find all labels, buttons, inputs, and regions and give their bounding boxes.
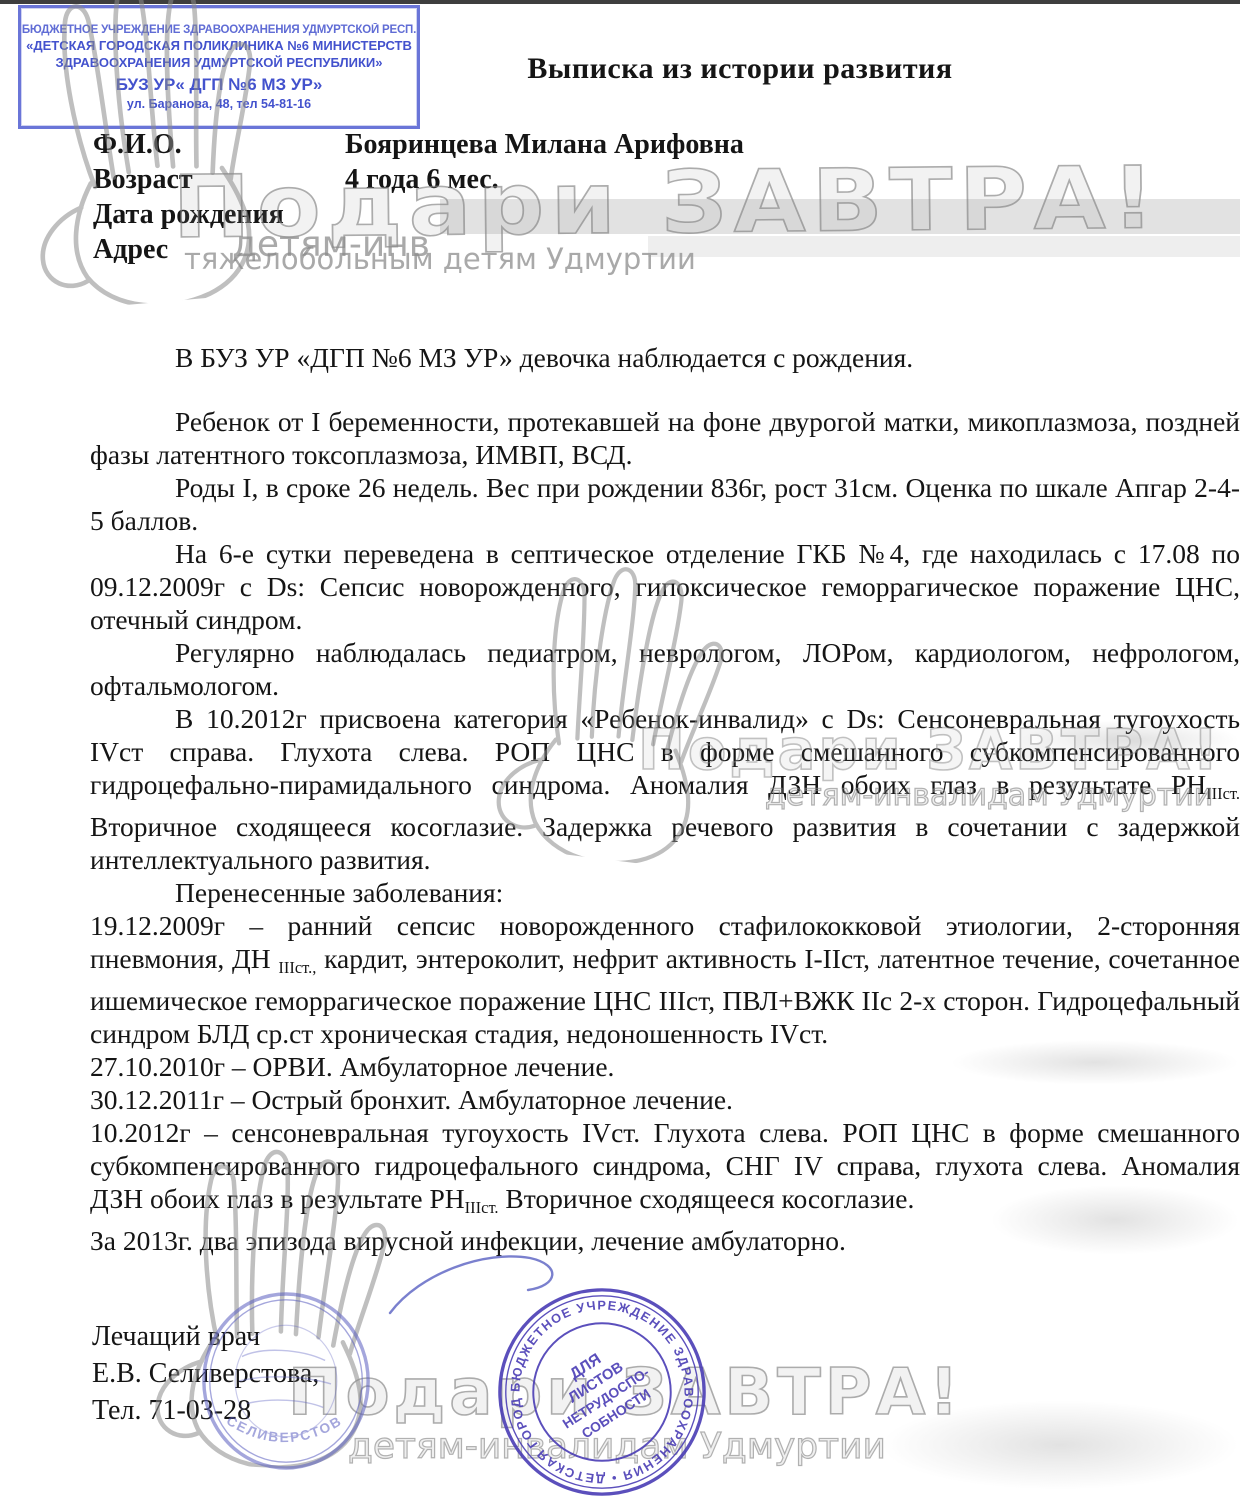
scanned-document-page: БЮДЖЕТНОЕ УЧРЕЖДЕНИЕ ЗДРАВООХРАНЕНИЯ УДМ… xyxy=(0,0,1240,1500)
doctor-round-stamp: СЕЛИВЕРСТОВА xyxy=(198,1288,374,1474)
handprint-icon xyxy=(478,546,763,874)
paragraph: Перенесенные заболевания: xyxy=(90,876,1240,909)
paragraph: 30.12.2011г – Острый бронхит. Амбулаторн… xyxy=(90,1083,1240,1116)
paragraph: Роды I, в сроке 26 недель. Вес при рожде… xyxy=(90,471,1240,537)
signature-squiggle-icon xyxy=(380,1238,590,1328)
paragraph: 19.12.2009г – ранний сепсис новорожденно… xyxy=(90,909,1240,1050)
page-title: Выписка из истории развития xyxy=(420,52,1060,86)
paragraph: 27.10.2010г – ОРВИ. Амбулаторное лечение… xyxy=(90,1050,1240,1083)
paragraph: Ребенок от I беременности, протекавшей н… xyxy=(90,405,1240,471)
charity-watermark-subtext: детям-инвалидам Удмуртии xyxy=(765,778,1213,813)
handprint-icon xyxy=(0,0,312,314)
paragraph: В БУЗ УР «ДГП №6 МЗ УР» девочка наблюдае… xyxy=(90,341,1240,374)
